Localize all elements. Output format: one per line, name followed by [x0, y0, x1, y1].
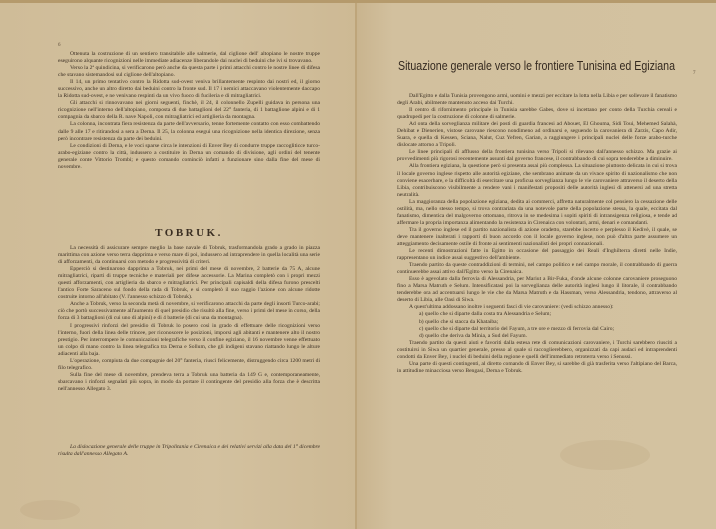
right-page-number: 7 — [693, 71, 696, 76]
paragraph: Traendo partito da questi aiuti e favori… — [397, 340, 677, 361]
paragraph: Dall'Egitto e dalla Tunisia provengono a… — [397, 93, 677, 107]
paragraph: La maggioranza della popolazione egizian… — [397, 199, 677, 227]
left-top-text: Ottenuta la costruzione di un sentiero t… — [58, 51, 320, 171]
paragraph: I progressivi rinforzi del presidio di T… — [58, 323, 320, 358]
footnote: La dislocazione generale delle truppe in… — [58, 444, 320, 458]
book-spread: 6 Ottenuta la costruzione di un sentiero… — [0, 0, 716, 529]
paper-stain — [560, 440, 650, 470]
paragraph: Una parte di questi contingenti, al dire… — [397, 361, 677, 375]
paragraph: Traendo partito da queste contraddizioni… — [397, 262, 677, 276]
paragraph: Ottenuta la costruzione di un sentiero t… — [58, 51, 320, 65]
paragraph: Ad onta della sorveglianza militare dei … — [397, 121, 677, 149]
left-page: 6 Ottenuta la costruzione di un sentiero… — [0, 3, 356, 529]
list-item: c) quello che si diparte dal territorio … — [397, 326, 677, 333]
page-title: Situazione generale verso le frontiere T… — [384, 59, 689, 73]
paragraph: Anche a Tobruk, verso la seconda metà di… — [58, 301, 320, 322]
paragraph: La necessità di assicurare sempre meglio… — [58, 245, 320, 266]
paragraph: Tra il governo inglese ed il partito naz… — [397, 227, 677, 248]
paragraph: Il centro di rifornimento principale in … — [397, 107, 677, 121]
paragraph: La colonna, incontrata fiera resistenza … — [58, 121, 320, 142]
section-heading-tobruk: TOBRUK. — [58, 227, 320, 239]
paragraph: L'operazione, compiuta da due compagnie … — [58, 358, 320, 372]
paper-stain — [20, 500, 80, 520]
paragraph: Le condizioni di Derna, e le voci sparse… — [58, 143, 320, 171]
paragraph: Le recenti dimostrazioni fatte in Egitto… — [397, 248, 677, 262]
paragraph: Eppercìò si destinarono dapprima a Tobru… — [58, 266, 320, 301]
paragraph: Sulla fine del mese di novembre, prendev… — [58, 372, 320, 393]
paragraph: Alla frontiera egiziana, la questione pe… — [397, 163, 677, 198]
list-item: b) quello che si stacca da Khataiba; — [397, 319, 677, 326]
route-list: a) quello che si diparte dalla costa tra… — [397, 311, 677, 339]
list-item: d) quello che deriva da Minia, a Sud del… — [397, 333, 677, 340]
paragraph: Verso la 2ª quindicina, si verificarono … — [58, 65, 320, 79]
list-item: a) quello che si diparte dalla costa tra… — [397, 311, 677, 318]
paragraph: Esso è agevolato dalla ferrovia di Aless… — [397, 276, 677, 304]
paragraph: Le linee principali di afflusso della fr… — [397, 149, 677, 163]
right-text: Dall'Egitto e dalla Tunisia provengono a… — [397, 93, 677, 375]
paragraph: Il 14, un primo tentativo contro la Rido… — [58, 79, 320, 100]
tobruk-text: La necessità di assicurare sempre meglio… — [58, 245, 320, 393]
left-page-number: 6 — [58, 43, 61, 48]
footnote-text: La dislocazione generale delle truppe in… — [58, 444, 320, 458]
paragraph: Gli attacchi si rinnovavano nei giorni s… — [58, 100, 320, 121]
right-page: 7 Situazione generale verso le frontiere… — [357, 3, 716, 529]
